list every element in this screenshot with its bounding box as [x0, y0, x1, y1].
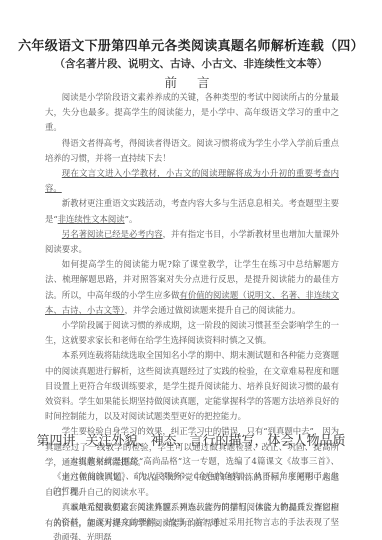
document-title: 六年级语文下册第四单元各类阅读真题名师解析连载（四）	[0, 35, 382, 54]
preface-paragraph: 另名著阅读已经是必考内容，并有指定书目，小学新教材里也增加大量课外阅读要求。	[45, 227, 339, 257]
underlined-text: 另名著阅读已经是必考内容	[62, 229, 163, 239]
underlined-text: 非连续性文本阅读	[58, 214, 125, 224]
preface-paragraph: 本系列连载将陆续选取全国知名小学的期中、期末测试题和各种能力竞赛题中的阅读真题进…	[45, 348, 339, 424]
preface-paragraph: 得语文者得高考，得阅读者得语文。阅读习惯将成为学生小学入学前后重点培养的习惯，并…	[45, 136, 339, 166]
preface-paragraph: 阅读是小学阶段语文素养养成的关键，各种类型的考试中阅读所占的分量最大，失分也最多…	[45, 90, 339, 136]
section-number: 第四讲	[36, 434, 75, 449]
section-paragraph: 本组教材就是围绕“高尚品格”这一专题，选编了4篇课文《故事三首》、《十六年前的回…	[53, 454, 339, 500]
section-heading: 第四讲关注外貌、神态、言行的描写，体会人物品质	[0, 430, 382, 449]
preface-paragraph: 小学阶段属于阅读习惯的养成期，这一阶段的阅读习惯甚至会影响学生的一生，这就要求家…	[45, 318, 339, 348]
section-body: 本组教材就是围绕“高尚品格”这一专题，选编了4篇课文《故事三首》、《十六年前的回…	[53, 454, 339, 540]
document-subtitle: （含名著片段、说明文、古诗、小古文、非连续性文本等）	[0, 56, 382, 71]
document-page: 六年级语文下册第四单元各类阅读真题名师解析连载（四） （含名著片段、说明文、古诗…	[0, 0, 382, 540]
preface-paragraph: 新教材更注重语文实践活动，考查内容大多与生活息息相关。考查题型主要是“非连续性文…	[45, 196, 339, 226]
section-title: 关注外貌、神态、言行的描写，体会人物品质	[86, 434, 346, 449]
preface-paragraph: 现在文言文进入小学教材，小古文的阅读理解将成为小升初的重要考查内容。	[45, 166, 339, 196]
preface-paragraph: 如何提高学生的阅读能力呢?除了课堂教学，让学生在练习中总结解题方法、梳理解题思路…	[45, 257, 339, 318]
preface-heading: 前 言	[0, 73, 382, 91]
section-paragraph: 本单元阅读要素：关注外貌、神态、言行的描写，体会人物品质；查阅相关资料，加深对课…	[53, 500, 339, 540]
underlined-text: 现在文言文进入小学教材，小古文的阅读理解将成为小升初的重要考查内容。	[45, 168, 339, 193]
